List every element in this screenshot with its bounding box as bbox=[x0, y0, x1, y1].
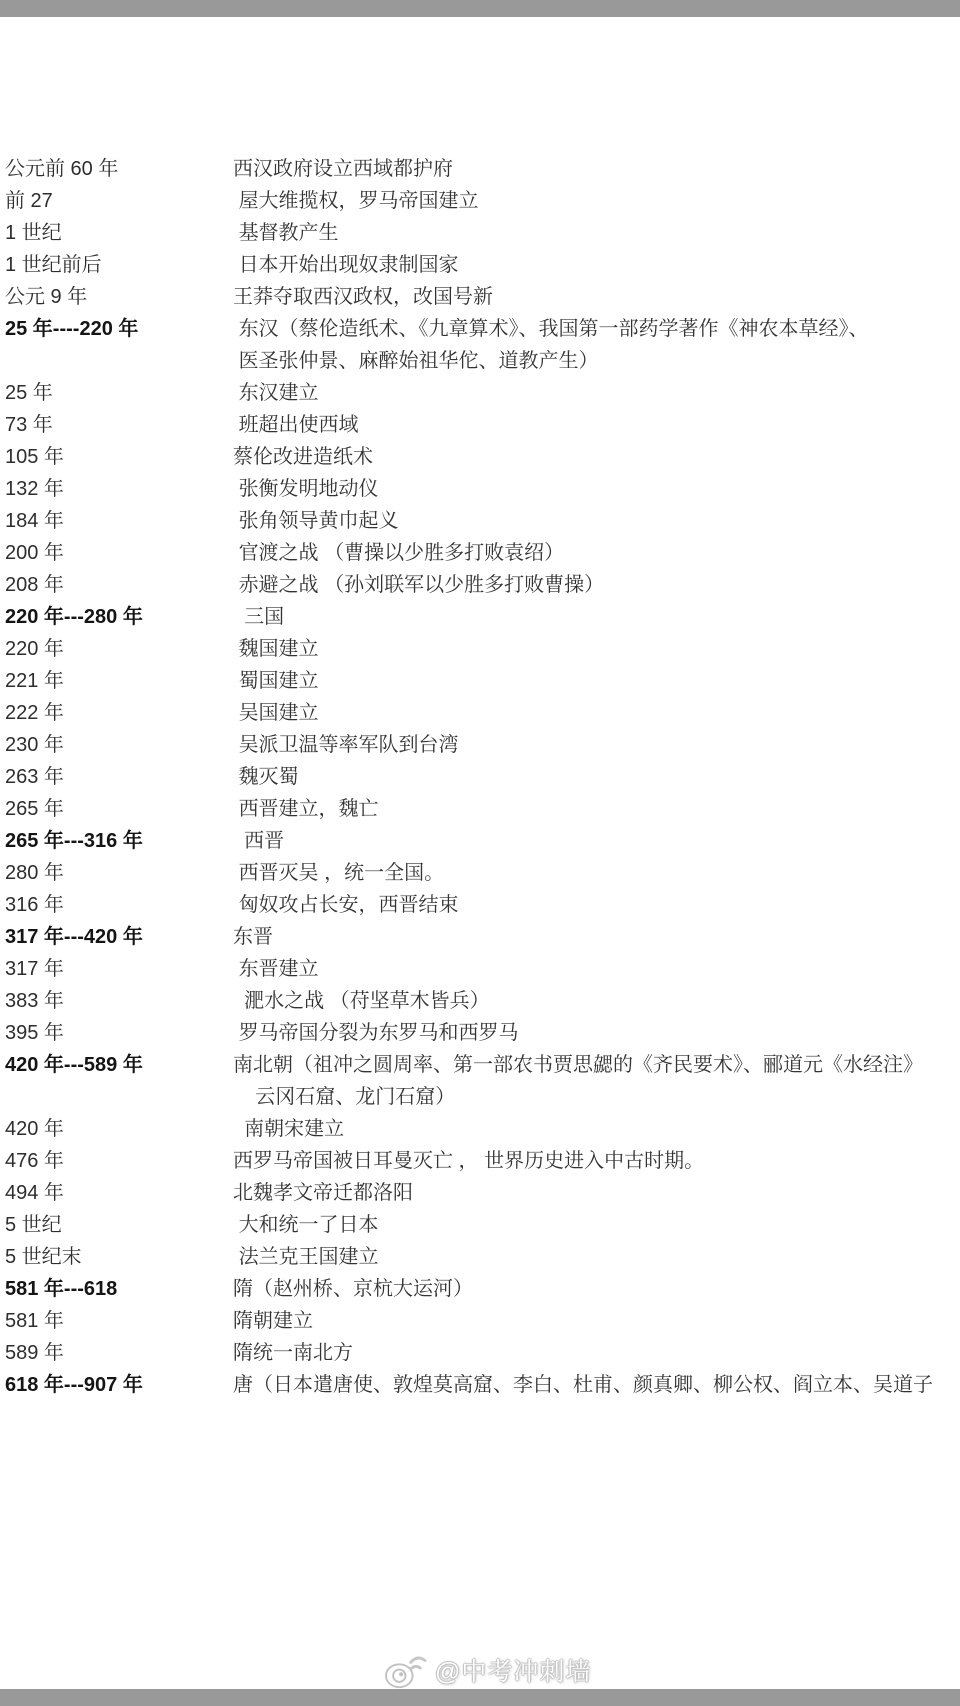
timeline-row: 316 年 匈奴攻占长安，西晋结束 bbox=[0, 889, 960, 921]
row-date: 316 年 bbox=[0, 889, 233, 921]
row-date: 263 年 bbox=[0, 761, 233, 793]
row-date: 618 年---907 年 bbox=[0, 1369, 233, 1401]
timeline-row: 5 世纪末 法兰克王国建立 bbox=[0, 1241, 960, 1273]
row-date: 494 年 bbox=[0, 1177, 233, 1209]
bottom-letterbox-bar bbox=[0, 1689, 960, 1706]
timeline-row: 105 年 蔡伦改进造纸术 bbox=[0, 441, 960, 473]
timeline-row: 1 世纪前后 日本开始出现奴隶制国家 bbox=[0, 249, 960, 281]
row-event: 王莽夺取西汉政权，改国号新 bbox=[233, 281, 960, 313]
row-date: 25 年----220 年 bbox=[0, 313, 233, 345]
row-event: 东晋 bbox=[233, 921, 960, 953]
row-event: 南北朝（祖冲之圆周率、第一部农书贾思勰的《齐民要术》、郦道元《水经注》 云冈石窟… bbox=[233, 1049, 960, 1113]
timeline-row: 280 年 西晋灭吴 ，统一全国。 bbox=[0, 857, 960, 889]
timeline-row: 581 年---618 隋（赵州桥、京杭大运河） bbox=[0, 1273, 960, 1305]
timeline: 公元前 60 年 西汉政府设立西域都护府 前 27 屋大维揽权，罗马帝国建立 1… bbox=[0, 153, 960, 1401]
row-event: 罗马帝国分裂为东罗马和西罗马 bbox=[233, 1017, 960, 1049]
row-event: 魏国建立 bbox=[233, 633, 960, 665]
watermark: @中考冲刺墙 bbox=[382, 1650, 591, 1690]
row-event: 西晋灭吴 ，统一全国。 bbox=[233, 857, 960, 889]
timeline-row: 184 年 张角领导黄巾起义 bbox=[0, 505, 960, 537]
timeline-row: 132 年 张衡发明地动仪 bbox=[0, 473, 960, 505]
row-event: 基督教产生 bbox=[233, 217, 960, 249]
row-date: 5 世纪末 bbox=[0, 1241, 233, 1273]
timeline-row: 581 年 隋朝建立 bbox=[0, 1305, 960, 1337]
row-date: 317 年 bbox=[0, 953, 233, 985]
row-event: 西晋建立，魏亡 bbox=[233, 793, 960, 825]
row-event: 北魏孝文帝迁都洛阳 bbox=[233, 1177, 960, 1209]
timeline-row: 25 年----220 年 东汉（蔡伦造纸术、《九章算术》、我国第一部药学著作《… bbox=[0, 313, 960, 377]
row-event: 西罗马帝国被日耳曼灭亡 ， 世界历史进入中古时期。 bbox=[233, 1145, 960, 1177]
timeline-row: 200 年 官渡之战 （曹操以少胜多打败袁绍） bbox=[0, 537, 960, 569]
row-date: 200 年 bbox=[0, 537, 233, 569]
row-event: 东晋建立 bbox=[233, 953, 960, 985]
row-date: 220 年---280 年 bbox=[0, 601, 233, 633]
row-event: 赤避之战 （孙刘联军以少胜多打败曹操） bbox=[233, 569, 960, 601]
row-event: 官渡之战 （曹操以少胜多打败袁绍） bbox=[233, 537, 960, 569]
timeline-row: 383 年 淝水之战 （苻坚草木皆兵） bbox=[0, 985, 960, 1017]
row-date: 581 年---618 bbox=[0, 1273, 233, 1305]
row-date: 220 年 bbox=[0, 633, 233, 665]
row-date: 420 年---589 年 bbox=[0, 1049, 233, 1081]
timeline-row: 589 年 隋统一南北方 bbox=[0, 1337, 960, 1369]
row-date: 前 27 bbox=[0, 185, 233, 217]
row-date: 581 年 bbox=[0, 1305, 233, 1337]
timeline-row: 263 年 魏灭蜀 bbox=[0, 761, 960, 793]
timeline-row: 208 年 赤避之战 （孙刘联军以少胜多打败曹操） bbox=[0, 569, 960, 601]
row-date: 383 年 bbox=[0, 985, 233, 1017]
row-event: 隋（赵州桥、京杭大运河） bbox=[233, 1273, 960, 1305]
row-event: 张角领导黄巾起义 bbox=[233, 505, 960, 537]
row-date: 280 年 bbox=[0, 857, 233, 889]
row-date: 265 年 bbox=[0, 793, 233, 825]
timeline-row: 265 年---316 年 西晋 bbox=[0, 825, 960, 857]
row-event: 班超出使西域 bbox=[233, 409, 960, 441]
row-date: 105 年 bbox=[0, 441, 233, 473]
weibo-icon bbox=[382, 1650, 428, 1690]
row-date: 317 年---420 年 bbox=[0, 921, 233, 953]
timeline-row: 420 年---589 年 南北朝（祖冲之圆周率、第一部农书贾思勰的《齐民要术》… bbox=[0, 1049, 960, 1113]
timeline-row: 220 年---280 年 三国 bbox=[0, 601, 960, 633]
watermark-text: @中考冲刺墙 bbox=[435, 1652, 591, 1688]
row-event: 屋大维揽权，罗马帝国建立 bbox=[233, 185, 960, 217]
timeline-row: 1 世纪 基督教产生 bbox=[0, 217, 960, 249]
row-date: 公元前 60 年 bbox=[0, 153, 233, 185]
row-date: 1 世纪前后 bbox=[0, 249, 233, 281]
row-event: 蔡伦改进造纸术 bbox=[233, 441, 960, 473]
row-date: 5 世纪 bbox=[0, 1209, 233, 1241]
row-event: 唐（日本遣唐使、敦煌莫高窟、李白、杜甫、颜真卿、柳公权、阎立本、吴道子 bbox=[233, 1369, 960, 1401]
timeline-row: 317 年 东晋建立 bbox=[0, 953, 960, 985]
row-event: 隋统一南北方 bbox=[233, 1337, 960, 1369]
row-date: 476 年 bbox=[0, 1145, 233, 1177]
row-date: 73 年 bbox=[0, 409, 233, 441]
row-event: 日本开始出现奴隶制国家 bbox=[233, 249, 960, 281]
row-date: 230 年 bbox=[0, 729, 233, 761]
timeline-row: 公元前 60 年 西汉政府设立西域都护府 bbox=[0, 153, 960, 185]
row-event: 吴国建立 bbox=[233, 697, 960, 729]
row-event: 南朝宋建立 bbox=[233, 1113, 960, 1145]
timeline-row: 前 27 屋大维揽权，罗马帝国建立 bbox=[0, 185, 960, 217]
row-date: 420 年 bbox=[0, 1113, 233, 1145]
row-event: 隋朝建立 bbox=[233, 1305, 960, 1337]
row-date: 221 年 bbox=[0, 665, 233, 697]
row-date: 184 年 bbox=[0, 505, 233, 537]
row-date: 132 年 bbox=[0, 473, 233, 505]
timeline-row: 73 年 班超出使西域 bbox=[0, 409, 960, 441]
row-date: 公元 9 年 bbox=[0, 281, 233, 313]
row-date: 222 年 bbox=[0, 697, 233, 729]
row-event: 吴派卫温等率军队到台湾 bbox=[233, 729, 960, 761]
timeline-row: 395 年 罗马帝国分裂为东罗马和西罗马 bbox=[0, 1017, 960, 1049]
row-event: 魏灭蜀 bbox=[233, 761, 960, 793]
timeline-row: 494 年 北魏孝文帝迁都洛阳 bbox=[0, 1177, 960, 1209]
row-event: 法兰克王国建立 bbox=[233, 1241, 960, 1273]
timeline-row: 220 年 魏国建立 bbox=[0, 633, 960, 665]
row-date: 25 年 bbox=[0, 377, 233, 409]
row-event: 大和统一了日本 bbox=[233, 1209, 960, 1241]
row-date: 265 年---316 年 bbox=[0, 825, 233, 857]
timeline-row: 222 年 吴国建立 bbox=[0, 697, 960, 729]
row-event: 西汉政府设立西域都护府 bbox=[233, 153, 960, 185]
timeline-row: 420 年 南朝宋建立 bbox=[0, 1113, 960, 1145]
row-date: 395 年 bbox=[0, 1017, 233, 1049]
row-event: 西晋 bbox=[233, 825, 960, 857]
row-event: 蜀国建立 bbox=[233, 665, 960, 697]
timeline-row: 25 年 东汉建立 bbox=[0, 377, 960, 409]
timeline-row: 618 年---907 年 唐（日本遣唐使、敦煌莫高窟、李白、杜甫、颜真卿、柳公… bbox=[0, 1369, 960, 1401]
top-letterbox-bar bbox=[0, 0, 960, 17]
timeline-row: 476 年 西罗马帝国被日耳曼灭亡 ， 世界历史进入中古时期。 bbox=[0, 1145, 960, 1177]
timeline-row: 5 世纪 大和统一了日本 bbox=[0, 1209, 960, 1241]
timeline-row: 265 年 西晋建立，魏亡 bbox=[0, 793, 960, 825]
row-event: 东汉建立 bbox=[233, 377, 960, 409]
row-event: 淝水之战 （苻坚草木皆兵） bbox=[233, 985, 960, 1017]
row-date: 208 年 bbox=[0, 569, 233, 601]
timeline-row: 公元 9 年 王莽夺取西汉政权，改国号新 bbox=[0, 281, 960, 313]
row-event: 张衡发明地动仪 bbox=[233, 473, 960, 505]
timeline-row: 221 年 蜀国建立 bbox=[0, 665, 960, 697]
row-event: 三国 bbox=[233, 601, 960, 633]
row-date: 1 世纪 bbox=[0, 217, 233, 249]
timeline-row: 317 年---420 年 东晋 bbox=[0, 921, 960, 953]
row-date: 589 年 bbox=[0, 1337, 233, 1369]
row-event: 东汉（蔡伦造纸术、《九章算术》、我国第一部药学著作《神农本草经》、 医圣张仲景、… bbox=[233, 313, 960, 377]
timeline-row: 230 年 吴派卫温等率军队到台湾 bbox=[0, 729, 960, 761]
row-event: 匈奴攻占长安，西晋结束 bbox=[233, 889, 960, 921]
